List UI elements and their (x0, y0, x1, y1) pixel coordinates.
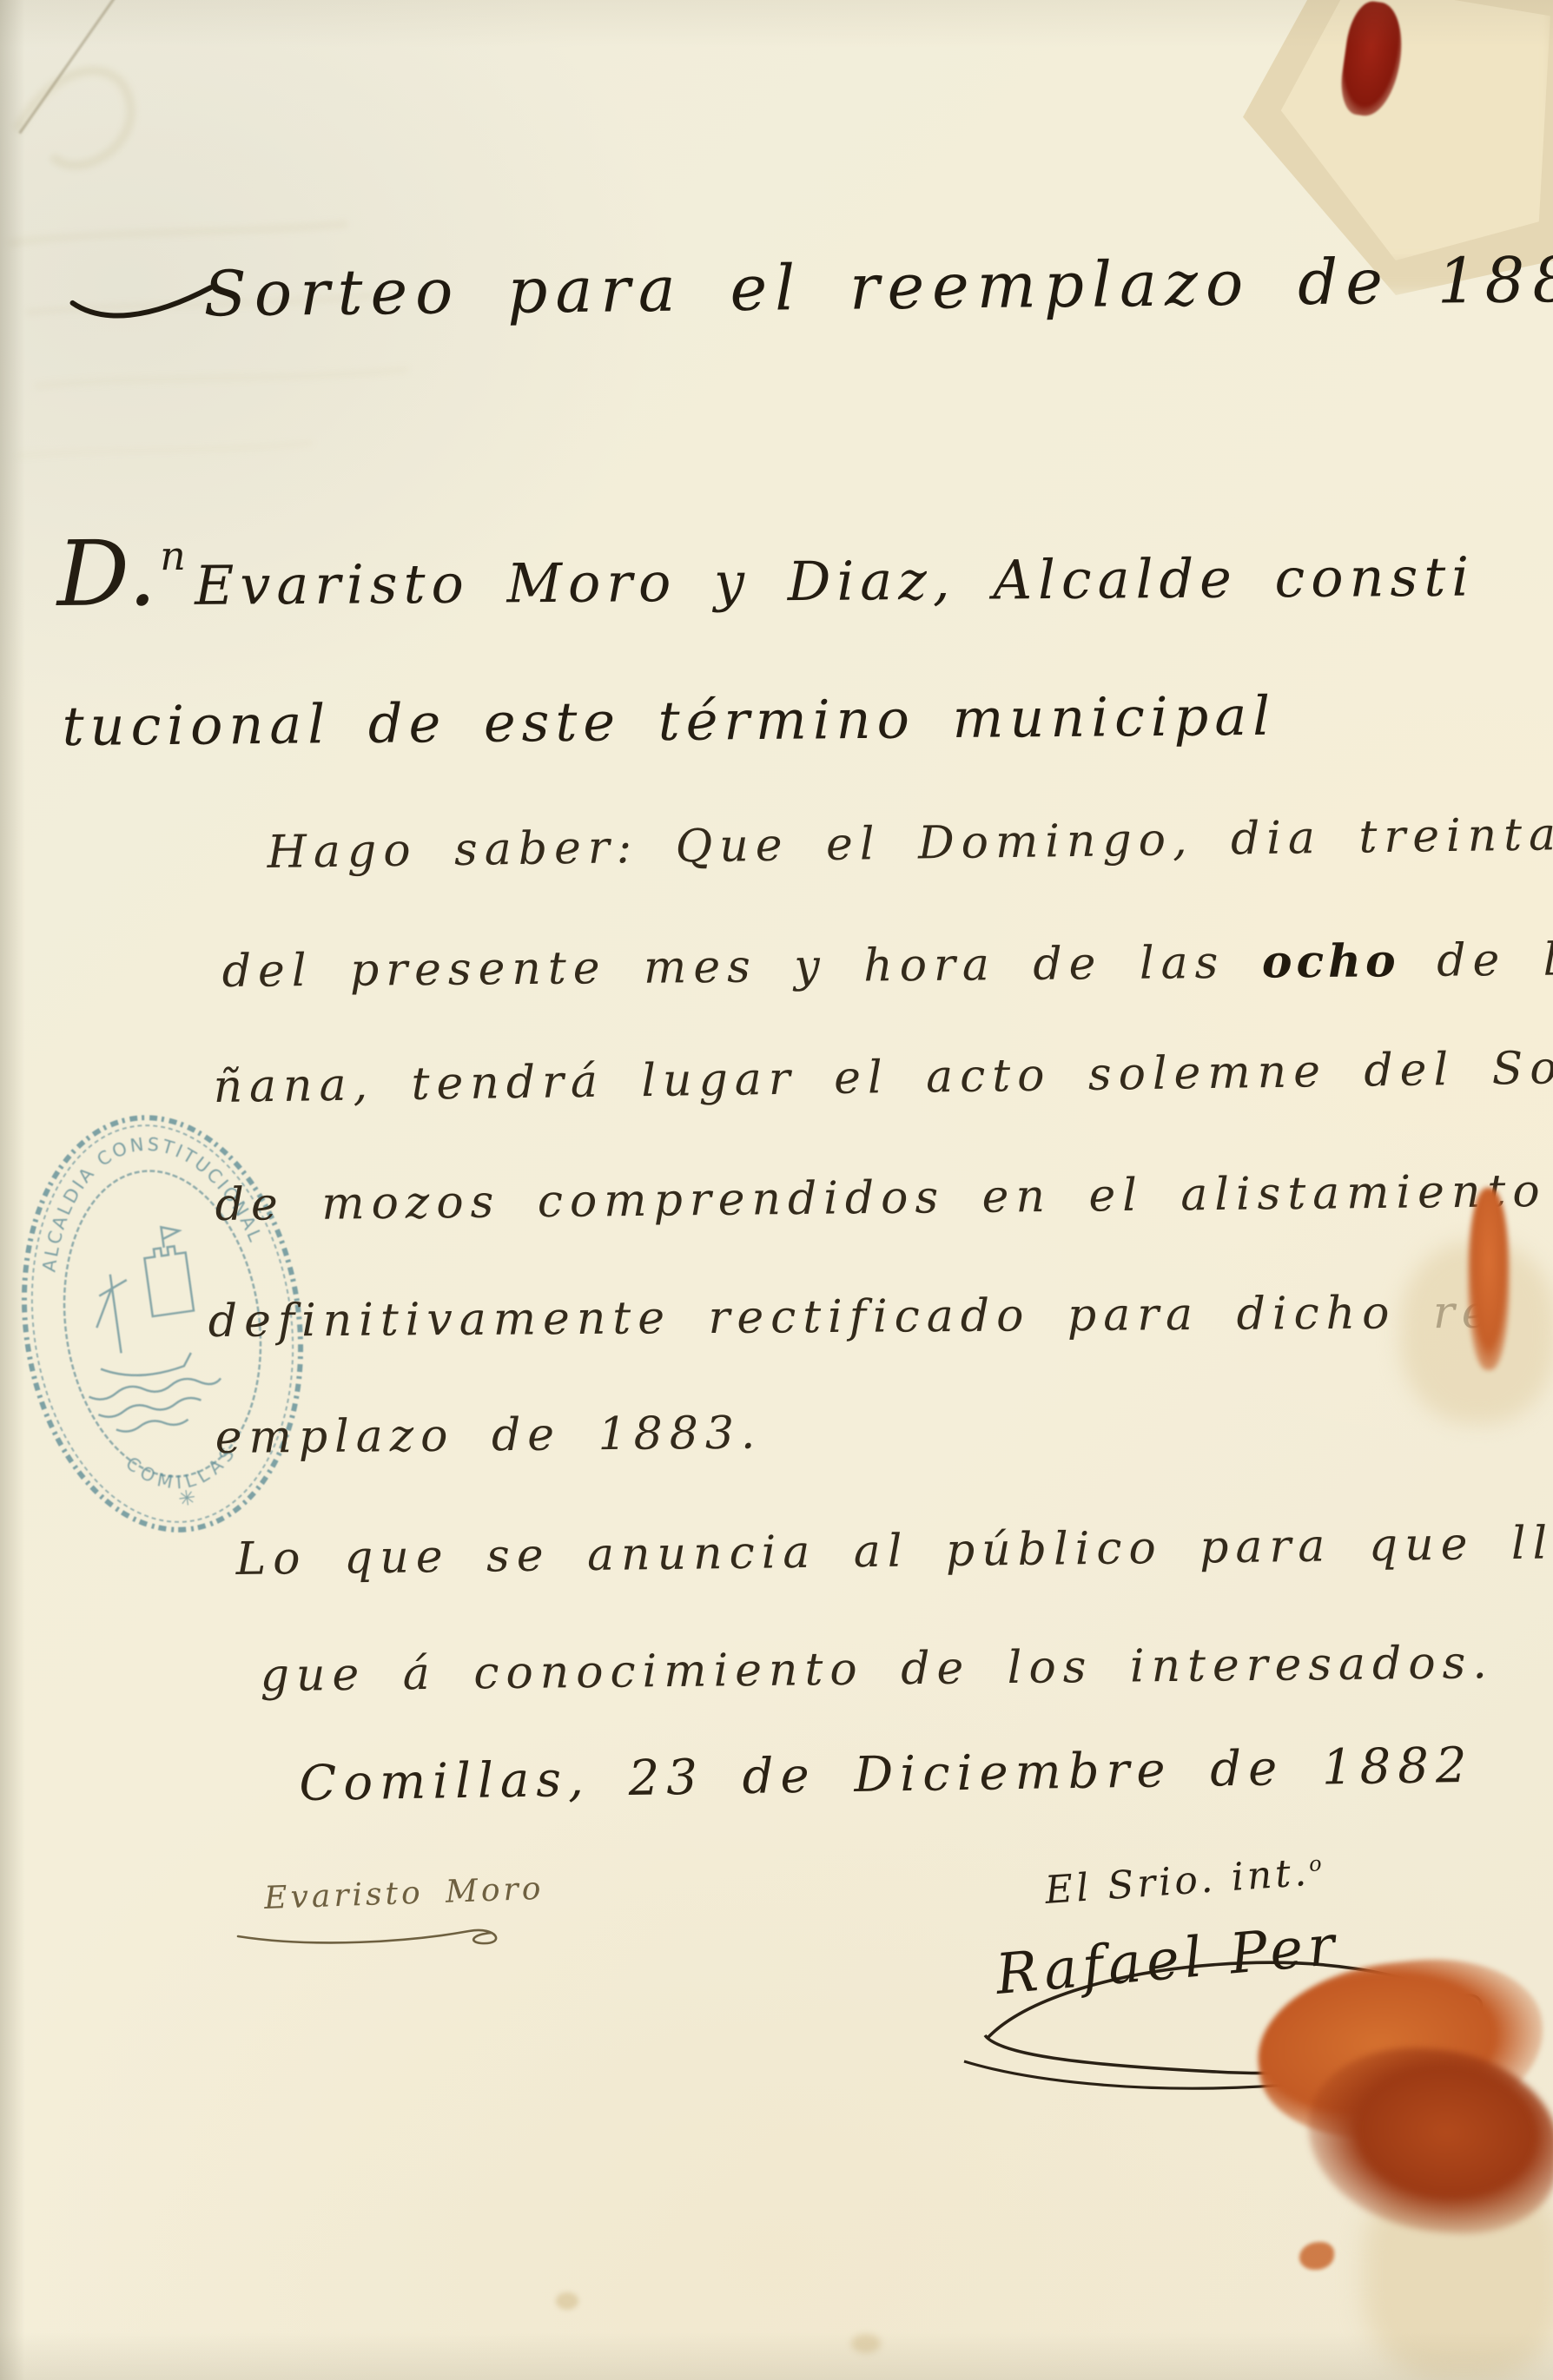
tape-patch-top-right-inner (1264, 0, 1550, 260)
mayor-signature-flourish-icon (233, 1914, 528, 1954)
closing-line: Lo que se anuncia al público para que ll… (235, 1517, 1553, 1586)
secretary-title-superscript: o (1308, 1851, 1325, 1876)
title-swash-icon (67, 267, 220, 342)
foxing-speck (851, 2334, 881, 2353)
don-abbreviation: D. (56, 520, 159, 627)
body-line: definitivamente rectificado para dicho r… (208, 1287, 1496, 1348)
don-superscript: n (160, 532, 186, 579)
manuscript-page: ALCALDIA CONSTITUCIONAL COMILLAS ✳ Sorte… (0, 0, 1553, 2380)
body-line: Hago saber: Que el Domingo, dia treinta … (267, 806, 1553, 879)
body-line: emplazo de 1883. (215, 1408, 762, 1464)
body-line2-emphasis: ocho (1262, 934, 1400, 988)
title-text: Sorteo para el reemplazo de 1883. (203, 242, 1553, 330)
salutation-line-1: D.nEvaristo Moro y Diaz, Alcalde consti (56, 511, 1475, 627)
body-line: del presente mes y hora de las ocho de l… (221, 932, 1553, 998)
salutation-text: Evaristo Moro y Diaz, Alcalde consti (195, 545, 1476, 617)
rust-speck-bottom (1299, 2242, 1334, 2270)
tan-stain-bottom-right (1364, 2171, 1553, 2379)
document-title: Sorteo para el reemplazo de 1883. (67, 242, 1553, 342)
stamp-emblem-icon (67, 1222, 226, 1436)
salutation-line-2: tucional de este término municipal (62, 684, 1276, 758)
body-line: ñana, tendrá lugar el acto solemne del S… (213, 1040, 1553, 1113)
body-line2-post: de la ma (1399, 933, 1553, 987)
stamp-star-icon: ✳ (176, 1485, 197, 1512)
body-line: de mozos comprendidos en el alistamiento (215, 1165, 1547, 1231)
mayor-signature: Evaristo Moro (264, 1871, 545, 1916)
closing-line: gue á conocimiento de los interesados. (260, 1637, 1494, 1702)
place-and-date-line: Comillas, 23 de Diciembre de 1882 (299, 1737, 1474, 1812)
body-line2-pre: del presente mes y hora de las (221, 937, 1262, 998)
foxing-speck (556, 2292, 578, 2310)
corner-crease-line (18, 0, 120, 134)
red-ink-stain-top-right (1337, 0, 1408, 120)
